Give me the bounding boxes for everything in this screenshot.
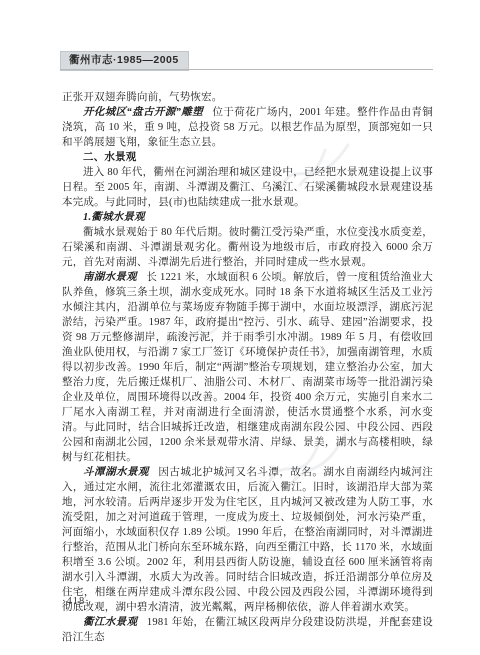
entry-paragraph: 衢江水景观1981 年始，在衢江城区段两岸分段建设防洪堤，并配套建设沿江生态 bbox=[62, 615, 433, 645]
entry-lead: 开化城区“盘古开源”雕塑 bbox=[83, 107, 203, 118]
entry-paragraph: 开化城区“盘古开源”雕塑位于荷花广场内，2001 年建。整件作品由青铜浇筑，高 … bbox=[62, 105, 433, 150]
entry-paragraph: 南湖水景观长 1221 米，水域面积 6 公顷。解放后，曾一度租赁给渔业大队养鱼… bbox=[62, 270, 433, 465]
entry-lead: 南湖水景观 bbox=[83, 272, 137, 283]
paragraph: 进入 80 年代，衢州在河湖治理和城区建设中，已经把水景观建设提上议事日程。至 … bbox=[62, 165, 433, 210]
paragraph: 衢城水景观始于 80 年代后期。彼时衢江受污染严重，水位变浅水质变差，石梁溪和南… bbox=[62, 225, 433, 270]
entry-lead: 衢江水景观 bbox=[83, 617, 137, 628]
sub-heading: 1.衢城水景观 bbox=[62, 210, 433, 225]
body-text: 正张开双翅奔腾向前，气势恢宏。开化城区“盘古开源”雕塑位于荷花广场内，2001 … bbox=[62, 90, 433, 645]
page-header: 衢州市志·1985—2005 bbox=[60, 50, 433, 70]
page-number: ·418· bbox=[62, 596, 90, 607]
entry-lead: 斗潭湖水景观 bbox=[83, 467, 149, 478]
header-rule bbox=[60, 69, 433, 70]
paragraph: 正张开双翅奔腾向前，气势恢宏。 bbox=[62, 90, 433, 105]
entry-paragraph: 斗潭湖水景观因古城北护城河又名斗潭，故名。湖水自南湖经内城河注入，通过定水闸，流… bbox=[62, 465, 433, 615]
section-heading: 二、水景观 bbox=[62, 150, 433, 165]
book-page: 衢州市志·1985—2005 正张开双翅奔腾向前，气势恢宏。开化城区“盘古开源”… bbox=[0, 0, 480, 655]
running-header-title: 衢州市志·1985—2005 bbox=[60, 51, 189, 71]
page-footer: ·418· bbox=[62, 596, 90, 607]
